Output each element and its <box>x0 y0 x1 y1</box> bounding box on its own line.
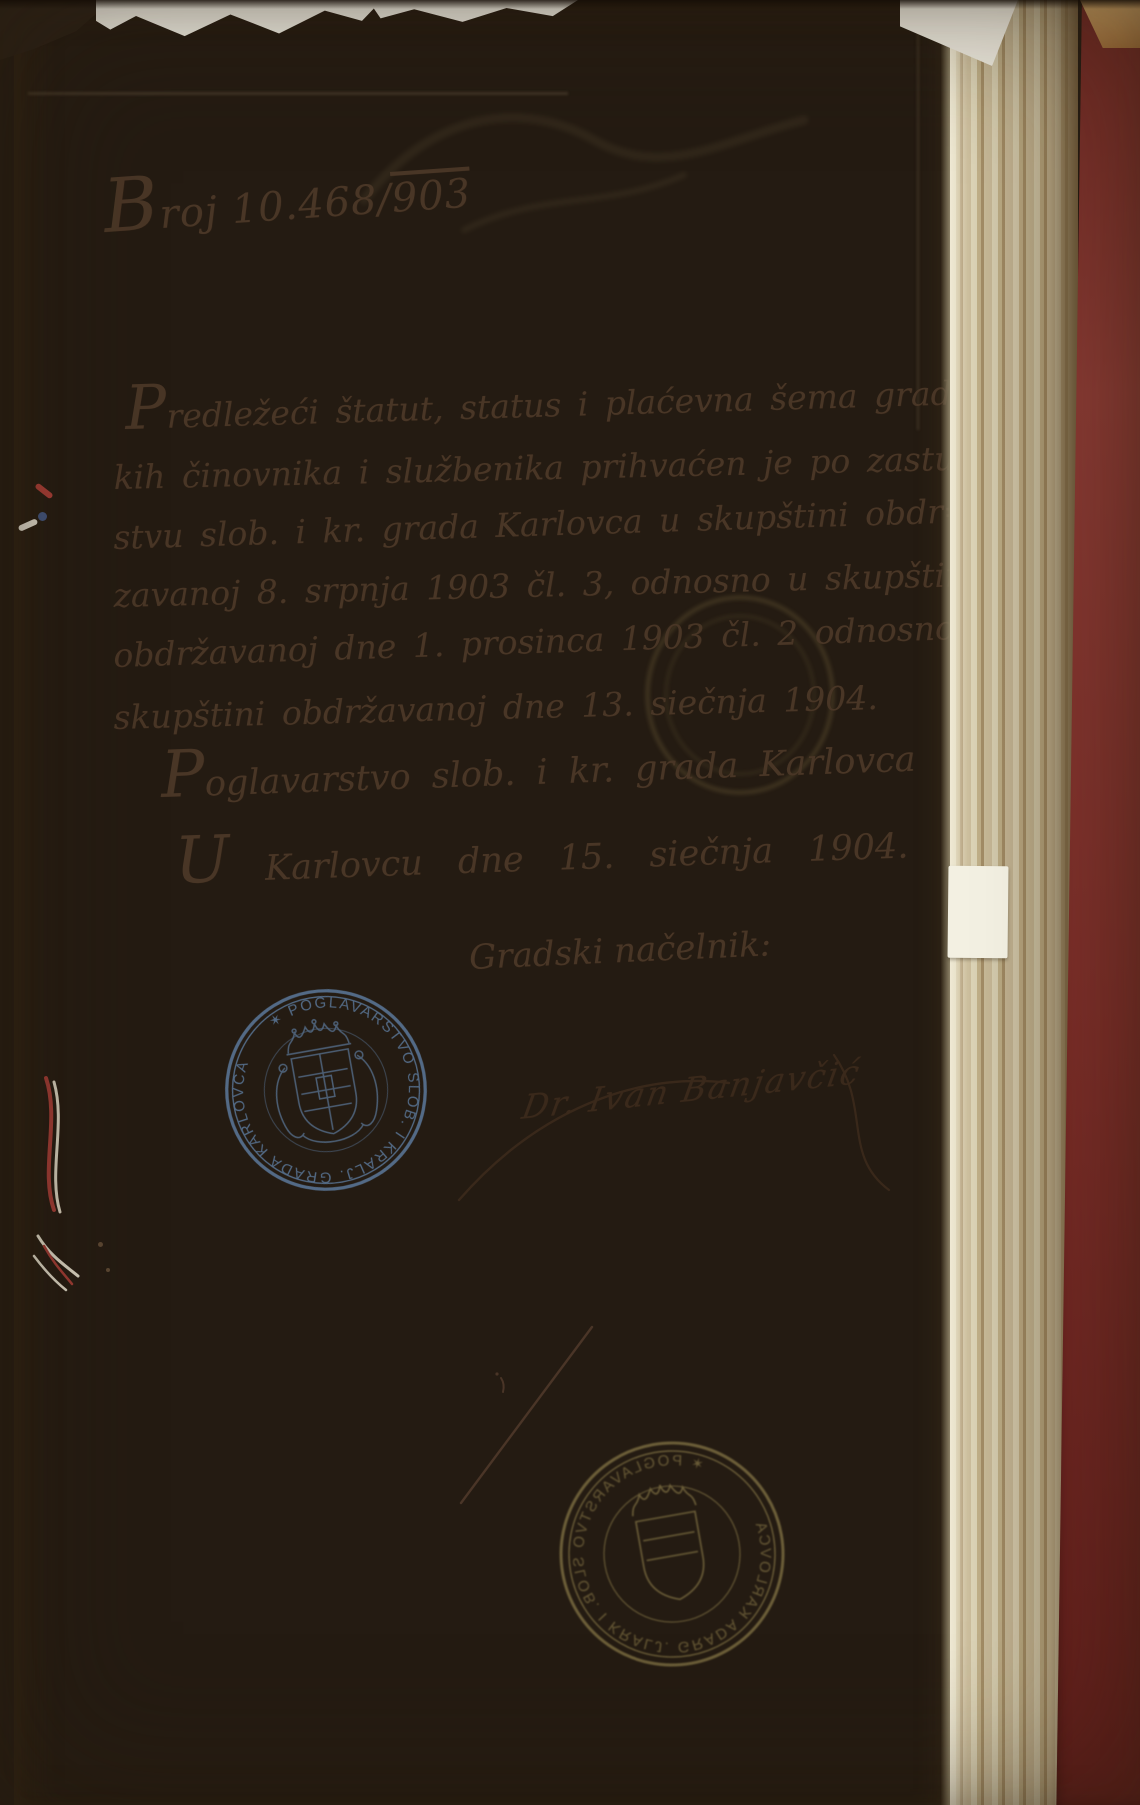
paper-speck <box>106 1268 110 1272</box>
signer-title: Gradski načelnik: <box>468 924 772 978</box>
paper-crease-horizontal <box>28 92 568 95</box>
protruding-page-tab <box>948 866 1009 959</box>
issuer-line: Poglavarstvo slob. i kr. grada Karlovca <box>161 740 917 806</box>
binding-thread-top <box>16 478 62 538</box>
dateline: U Karlovcu dne 15. siečnja 1904. <box>175 826 909 892</box>
body-line: Predležeći štatut, status i plaćevna šem… <box>125 372 997 437</box>
body-line: zavanoj 8. srpnja 1903 čl. 3, odnosno u … <box>113 555 977 615</box>
paper-speck <box>98 1242 103 1247</box>
binding-thread-bottom <box>20 1060 90 1300</box>
pen-slash-mark <box>434 1300 634 1530</box>
ink-bleed-marks <box>344 80 824 250</box>
body-line: obdržavanoj dne 1. prosinca 1903 čl. 2 o… <box>113 607 993 675</box>
number-year: 903 <box>390 170 472 221</box>
body-line: kih činovnika i službenika prihvaćen je … <box>113 438 1004 497</box>
number-prefix: Broj <box>103 188 220 242</box>
archival-document-photo: Broj 10.468/903 Predležeći štatut, statu… <box>0 0 1140 1805</box>
paper-crease-vertical <box>917 0 919 430</box>
top-edge-shadow <box>0 0 1140 9</box>
document-page: Broj 10.468/903 Predležeći štatut, statu… <box>14 0 952 1805</box>
municipal-stamp: ✶ POGLAVARSTVO SLOB. I KRALJ. GRADA KARL… <box>203 967 449 1213</box>
coat-of-arms <box>264 1011 384 1150</box>
ghost-coat-of-arms <box>628 1480 711 1605</box>
body-line: stvu slob. i kr. grada Karlovca u skupšt… <box>113 491 971 557</box>
